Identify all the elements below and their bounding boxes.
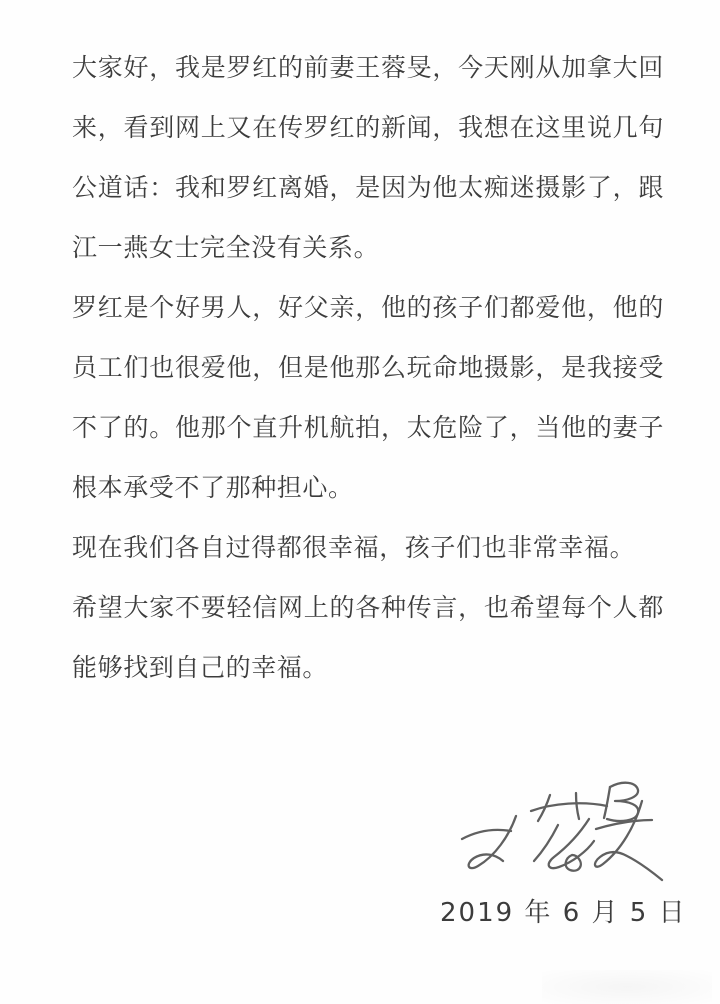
scan-smudge xyxy=(542,970,712,1004)
handwritten-signature xyxy=(437,752,697,887)
letter-body: 大家好，我是罗红的前妻王蓉旻，今天刚从加拿大回来，看到网上又在传罗红的新闻，我想… xyxy=(72,38,664,698)
letter-date: 2019 年 6 月 5 日 xyxy=(440,892,687,929)
letter-paragraph: 罗红是个好男人，好父亲，他的孩子们都爱他，他的员工们也很爱他，但是他那么玩命地摄… xyxy=(72,278,664,518)
letter-paragraph: 希望大家不要轻信网上的各种传言，也希望每个人都能够找到自己的幸福。 xyxy=(72,578,664,698)
letter-page: 大家好，我是罗红的前妻王蓉旻，今天刚从加拿大回来，看到网上又在传罗红的新闻，我想… xyxy=(0,0,720,1004)
letter-paragraph: 现在我们各自过得都很幸福，孩子们也非常幸福。 xyxy=(72,518,664,578)
letter-paragraph: 大家好，我是罗红的前妻王蓉旻，今天刚从加拿大回来，看到网上又在传罗红的新闻，我想… xyxy=(72,38,664,278)
